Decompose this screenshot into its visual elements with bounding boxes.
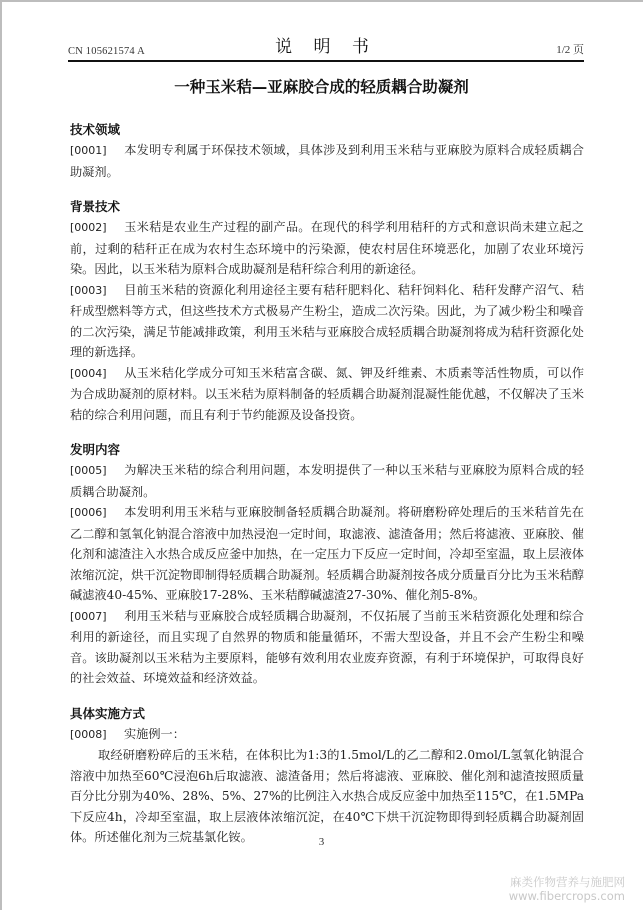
paragraph-text: 玉米秸是农业生产过程的副产品。在现代的科学利用秸秆的方式和意识尚未建立起之前，过… [70, 220, 584, 276]
section-embodiment: 具体实施方式 [0008]实施例一： 取经研磨粉碎后的玉米秸，在体积比为1:3的… [70, 704, 584, 848]
watermark-site-name: 麻类作物营养与施肥网 [509, 875, 625, 889]
document-title: 一种玉米秸—亚麻胶合成的轻质耦合助凝剂 [0, 75, 643, 97]
watermark-url: www.fibercrops.com [509, 889, 625, 903]
paragraph-number: [0008] [70, 725, 124, 746]
paragraph: [0002]玉米秸是农业生产过程的副产品。在现代的科学利用秸秆的方式和意识尚未建… [70, 217, 584, 280]
section-heading: 背景技术 [70, 197, 584, 217]
paragraph-number: [0006] [70, 503, 124, 524]
paragraph-number: [0002] [70, 218, 124, 239]
paragraph-text: 目前玉米秸的资源化利用途径主要有秸秆肥料化、秸秆饲料化、秸秆发酵产沼气、秸秆成型… [70, 283, 584, 360]
paragraph-text: 利用玉米秸与亚麻胶合成轻质耦合助凝剂，不仅拓展了当前玉米秸资源化处理和综合利用的… [70, 609, 584, 686]
paragraph: [0007]利用玉米秸与亚麻胶合成轻质耦合助凝剂，不仅拓展了当前玉米秸资源化处理… [70, 606, 584, 689]
section-background: 背景技术 [0002]玉米秸是农业生产过程的副产品。在现代的科学利用秸秆的方式和… [70, 197, 584, 425]
watermark: 麻类作物营养与施肥网 www.fibercrops.com [509, 875, 625, 903]
paragraph-text: 从玉米秸化学成分可知玉米秸富含碳、氮、钾及纤维素、木质素等活性物质，可以作为合成… [70, 366, 584, 422]
paragraph-number: [0007] [70, 607, 124, 628]
section-invention-content: 发明内容 [0005]为解决玉米秸的综合利用问题，本发明提供了一种以玉米秸与亚麻… [70, 440, 584, 689]
paragraph-text: 实施例一： [124, 727, 185, 741]
document-body: 技术领域 [0001]本发明专利属于环保技术领域，具体涉及到利用玉米秸与亚麻胶为… [70, 120, 584, 848]
paragraph: [0001]本发明专利属于环保技术领域，具体涉及到利用玉米秸与亚麻胶为原料合成轻… [70, 140, 584, 182]
paragraph: [0008]实施例一： [70, 724, 584, 746]
paragraph-text: 为解决玉米秸的综合利用问题，本发明提供了一种以玉米秸与亚麻胶为原料合成的轻质耦合… [70, 463, 584, 499]
page-header: CN 105621574 A 说 明 书 1/2 页 [68, 38, 584, 62]
doc-type-title: 说 明 书 [68, 32, 584, 57]
embodiment-body-text: 取经研磨粉碎后的玉米秸，在体积比为1:3的1.5mol/L的乙二醇和2.0mol… [70, 745, 584, 848]
page-indicator: 1/2 页 [556, 41, 584, 57]
section-heading: 具体实施方式 [70, 704, 584, 724]
section-heading: 发明内容 [70, 440, 584, 460]
section-technical-field: 技术领域 [0001]本发明专利属于环保技术领域，具体涉及到利用玉米秸与亚麻胶为… [70, 120, 584, 182]
paragraph: [0004]从玉米秸化学成分可知玉米秸富含碳、氮、钾及纤维素、木质素等活性物质，… [70, 363, 584, 426]
paragraph: [0006]本发明利用玉米秸与亚麻胶制备轻质耦合助凝剂。将研磨粉碎处理后的玉米秸… [70, 502, 584, 606]
page-number: 3 [0, 836, 643, 848]
paragraph-text: 本发明利用玉米秸与亚麻胶制备轻质耦合助凝剂。将研磨粉碎处理后的玉米秸首先在乙二醇… [70, 505, 584, 602]
section-heading: 技术领域 [70, 120, 584, 140]
paragraph: [0003]目前玉米秸的资源化利用途径主要有秸秆肥料化、秸秆饲料化、秸秆发酵产沼… [70, 280, 584, 363]
paragraph-text: 本发明专利属于环保技术领域，具体涉及到利用玉米秸与亚麻胶为原料合成轻质耦合助凝剂… [70, 143, 584, 179]
paragraph-number: [0003] [70, 281, 124, 302]
paragraph-number: [0001] [70, 141, 124, 162]
paragraph: [0005]为解决玉米秸的综合利用问题，本发明提供了一种以玉米秸与亚麻胶为原料合… [70, 460, 584, 502]
paragraph-number: [0004] [70, 364, 124, 385]
paragraph-number: [0005] [70, 461, 124, 482]
